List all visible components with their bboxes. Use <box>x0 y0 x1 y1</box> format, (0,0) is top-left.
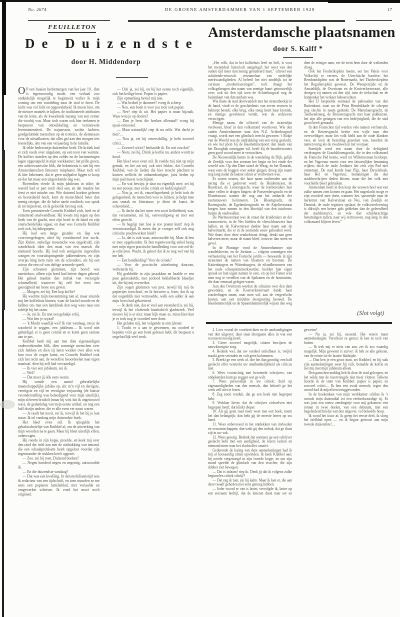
body-paragraph: 5. Breekt ge een werk af, doe het dan gr… <box>208 358 292 371</box>
body-paragraph: Het bleef weer even stil. Ik voelde mij … <box>113 159 195 182</box>
body-paragraph: In de Plantage vond de Amsterdammer zijn… <box>208 246 292 285</box>
body-paragraph: OP een fraaien herfstmorgen van het jaar… <box>18 87 100 146</box>
masthead-rule-right <box>356 20 392 21</box>
body-paragraph: Hij grabbelde in zijn jaszakken en haald… <box>113 272 195 286</box>
body-paragraph: 9. Verklaar liever, dat de schrijver zic… <box>208 401 292 410</box>
body-paragraph: 6. Wees voorzichtig met beroemde schrijv… <box>208 371 292 380</box>
body-paragraph: — Ik begrijp niet hoe je zoo praten kunt… <box>113 222 195 236</box>
newspaper-page-scan: No. 2674 DE GROENE AMSTERDAMMER VAN 1 SE… <box>0 0 400 617</box>
body-paragraph: Hij somde een aantal gebruikelijke maats… <box>18 380 100 412</box>
masthead: No. 2674 DE GROENE AMSTERDAMMER VAN 1 SE… <box>28 7 392 19</box>
masthead-page-number: 17 <box>381 7 392 12</box>
ornament-divider-left <box>116 77 148 78</box>
body-paragraph: — Nu ja, zei hij, sussend. Het waren maa… <box>304 332 388 345</box>
body-paragraph: 4. Bedenk wel, dat uw oordeel onfeilbaar… <box>208 349 292 358</box>
feuilleton-byline: door H. Middendorp <box>18 58 194 66</box>
body-paragraph: „Het volk, dat in het koffiehuis leeft e… <box>208 61 292 100</box>
body-paragraph: Toen presenteerde Cornelis Knibbel zich,… <box>18 209 100 232</box>
article-byline: door S. Kalff * <box>208 45 388 53</box>
body-paragraph: — Och ja, zei hij, en bij het eerste toc… <box>113 87 195 96</box>
body-paragraph: Zijn oogen glommen van pret, terwijl hij… <box>113 285 195 303</box>
drop-cap: O <box>18 87 26 96</box>
body-paragraph: — Dat zeg ik niet, zei hij kalm. Maar ik… <box>208 478 292 487</box>
section-divider-rule <box>206 322 392 324</box>
scan-edge-left-thick <box>2 0 6 95</box>
body-paragraph: Het bleef even stil. Ik spiegelde het ge… <box>18 420 100 438</box>
body-paragraph: Den ganschen middag heb ik door de stad … <box>304 371 388 392</box>
body-paragraph: Bovendien vierde ik mijn jubileum in sti… <box>18 182 100 209</box>
body-paragraph: — Nee! riep ik uit. Het papier is maar b… <box>113 110 195 119</box>
body-paragraph: 11. Wees onbevreesd in het ontdekken van… <box>208 423 292 436</box>
body-paragraph: De Nieuwendijk heette in de wandeling de… <box>208 156 292 177</box>
body-paragraph: Hij wachtte mijn toestemming niet af, ma… <box>18 294 100 312</box>
scan-edge-left-mid <box>2 150 5 310</box>
body-paragraph: Het IJ bespoelde eenmaal de palissaden v… <box>304 100 388 126</box>
body-paragraph: In de boekenkast van mijn werkkamer schi… <box>304 392 388 413</box>
feuilleton-title: De Duizendste <box>18 36 194 52</box>
body-paragraph: — Dat was een kwelling. In den mobilisat… <box>18 474 100 497</box>
body-paragraph: Ook het Frederiksplein heette, eer het P… <box>304 70 388 100</box>
body-paragraph: 10. Als gij geen raad meer weet met een … <box>208 410 292 423</box>
body-paragraph: — Dat is infaam! riep ik. Denk jij dat i… <box>208 470 292 479</box>
ornament-divider-right <box>283 57 313 58</box>
body-paragraph: Hij had een lange gestalte en liep wat v… <box>18 231 100 267</box>
scan-smudge <box>0 400 15 409</box>
body-paragraph: Wie thans de stad doorwandelt met het st… <box>208 100 292 121</box>
body-paragraph: 2. Lees vooral de voorberichten en de aa… <box>208 328 292 341</box>
body-paragraph: 7. Wees persoonlijk in uw critiek; duid … <box>208 380 292 393</box>
body-paragraph: — Ja, dat is ook waar, antwoordde hij. M… <box>113 236 195 259</box>
body-paragraph: — Dan je leest die boeken allemaal? vroe… <box>113 119 195 128</box>
body-paragraph: Menige naam, die officieel van de strate… <box>208 121 292 155</box>
body-paragraph: — Je raadt het nooit, zei ik, terwijl ik… <box>18 411 100 420</box>
feuilleton-kicker: FEUILLETON <box>48 24 96 33</box>
body-paragraph: In den Franschen tijd werden vele namen … <box>304 125 388 146</box>
body-paragraph: — En wat bewijst je daar nu eigenlijk me… <box>113 182 195 191</box>
masthead-issue-number: No. 2674 <box>28 7 47 12</box>
feuilleton-continuation-columns: 2. Lees vooral de voorberichten en de aa… <box>208 328 388 498</box>
body-paragraph: — Niets, zei hij. Drink je koffie nu, an… <box>113 150 195 159</box>
body-paragraph: 1. Tracht er u aan te gewennen, uw oorde… <box>113 326 195 340</box>
body-paragraph: — Maar natuurlijk! riep ik nu zelfs. Wat… <box>113 128 195 137</box>
body-paragraph: — Nou ja, zei ik, vanzelfsprekend; je he… <box>113 191 195 209</box>
body-paragraph: — 'k Mocht waarlijk wel! Ik vier vandaag… <box>18 321 100 339</box>
masthead-title: DE GROENE AMSTERDAMMER VAN 1 SEPTEMBER 1… <box>130 7 350 12</box>
body-paragraph: 8. Zeg nooit ronduit, dat ge een boek ni… <box>208 392 292 401</box>
body-paragraph: — Negen honderd negen en negentig, antwo… <box>18 461 100 470</box>
body-paragraph: — Nou ja, zei hij onverschillig, je hebt… <box>113 137 195 146</box>
masthead-rule-left <box>28 20 110 21</box>
body-paragraph: Er waren straten, die haar naam ontleend… <box>208 177 292 216</box>
body-paragraph: — Dan ben je een groot man, zei Knibbel,… <box>304 358 388 371</box>
body-paragraph: — Voor de practische uitoefening daarvan… <box>113 263 195 272</box>
body-paragraph: De Warmoesstraat was de straat der kruid… <box>208 216 292 246</box>
body-paragraph: Somtijds werd een naam door de deftighei… <box>304 147 388 186</box>
article-title: Amsterdamsche plaatsnamen <box>208 25 388 42</box>
body-paragraph: Ik telde heden mijn duizendste boek. De … <box>18 146 100 182</box>
scan-edge-top-thick <box>328 0 400 3</box>
body-paragraph: Ik wond het touw af, ik greep het eerste… <box>304 414 388 427</box>
body-paragraph: 3. Citeer zooveel mogelijk; citaten bewi… <box>208 341 292 350</box>
body-paragraph: — Ik denk niet, dat er veel aan verander… <box>113 303 195 321</box>
body-paragraph: — Ik trek mij er niets van aan, zei ik z… <box>304 345 388 358</box>
body-paragraph: Knibbel keek mij aan met dien eigenaardi… <box>18 339 100 366</box>
feuilleton-text-columns: OP een fraaien herfstmorgen van het jaar… <box>18 87 194 500</box>
body-paragraph: Gedurende de lezing van deze aanteekenin… <box>208 448 292 469</box>
body-paragraph: 12. Wees geestig. Bedenk dat wanneer ge … <box>208 435 292 448</box>
body-paragraph: — Ik dacht dat het meer een soort liefhe… <box>113 209 195 223</box>
article-text-columns: „Het volk, dat in het koffiehuis leeft e… <box>208 61 388 311</box>
article-closing-note: (Slot volgt) <box>208 311 384 317</box>
masthead-rule-center <box>128 20 345 22</box>
body-paragraph: Amsterdam heeft in den loop der eeuwen h… <box>304 186 388 225</box>
body-paragraph: Zijn schoenen glommen, zijn boord was sm… <box>18 267 100 290</box>
body-paragraph: Hij roerde in zijn kopje, proefde, en ke… <box>18 438 100 456</box>
